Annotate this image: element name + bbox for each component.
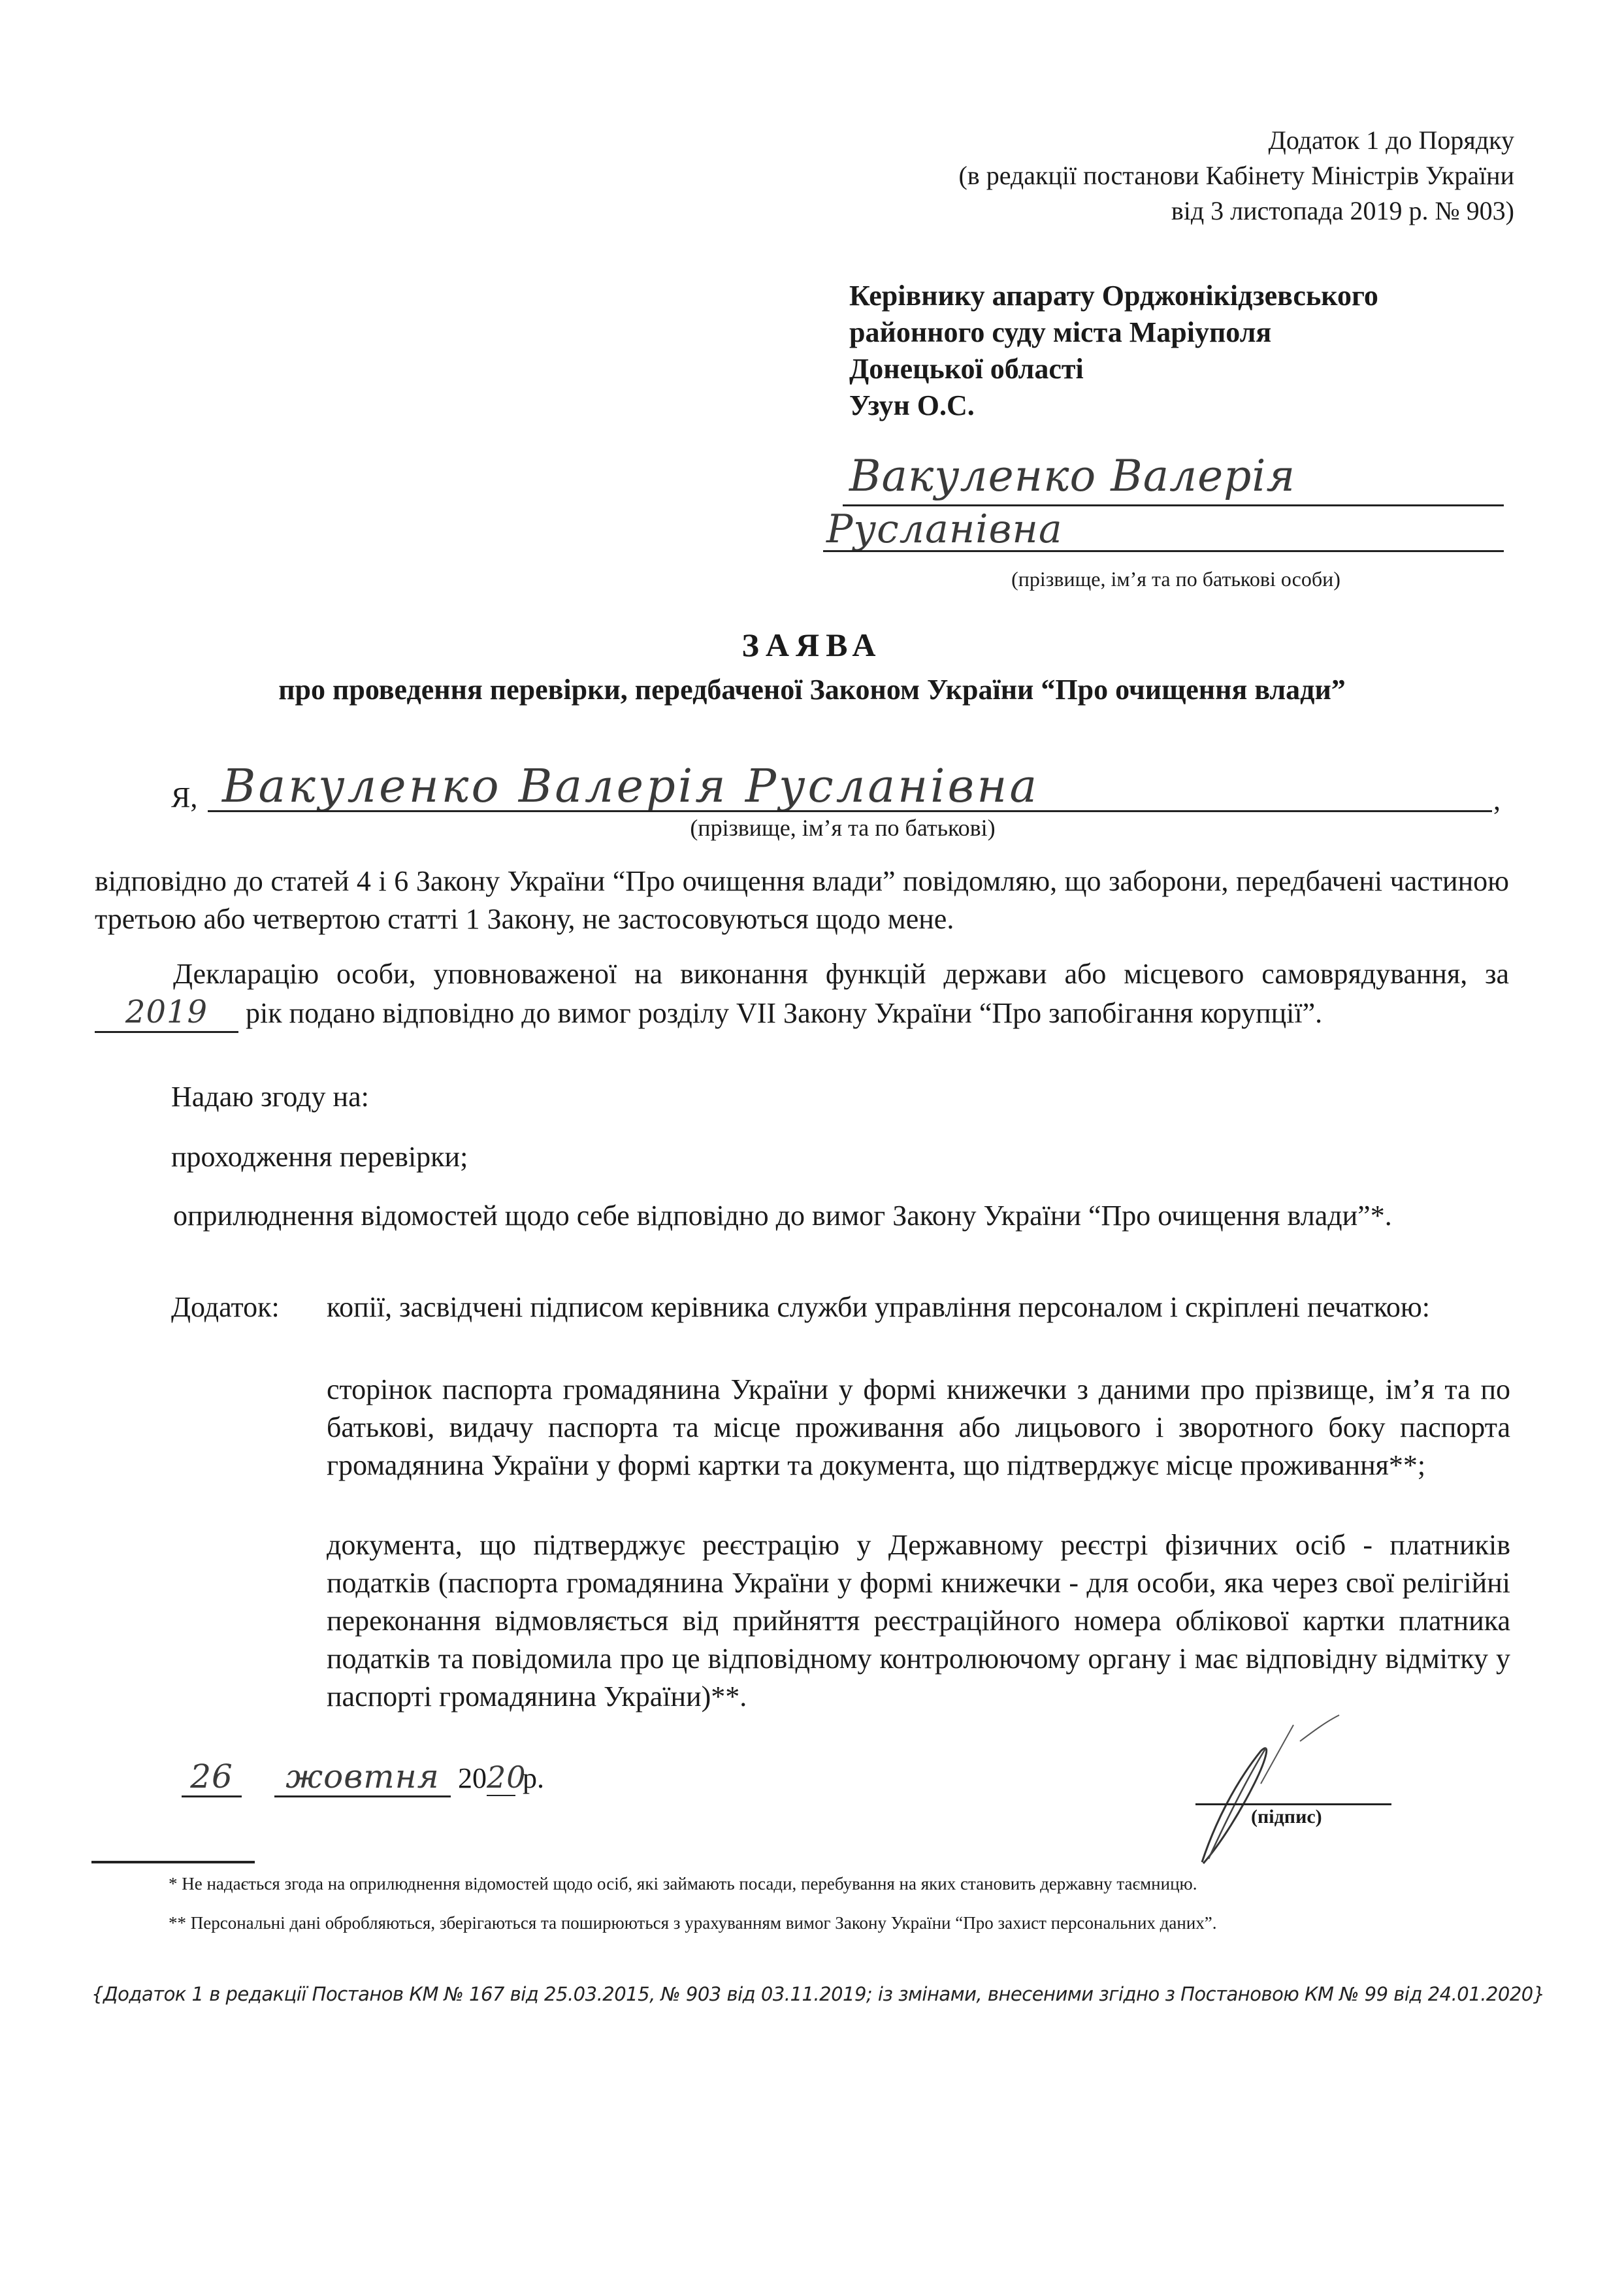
addressee-line-4: Узун О.С.	[849, 387, 1378, 424]
sender-name-line-2	[823, 550, 1504, 552]
declarant-name-handwritten: Вакуленко Валерія Русланівна	[222, 759, 1039, 813]
footnote-separator	[91, 1861, 255, 1863]
document-title: ЗАЯВА	[0, 626, 1624, 664]
addressee-line-3: Донецької області	[849, 351, 1378, 387]
annex-header: Додаток 1 до Порядку (в редакції постано…	[958, 123, 1514, 229]
declaration-text-after: рік подано відповідно до вимог розділу V…	[246, 997, 1322, 1029]
sender-name-handwritten-1: Вакуленко Валерія	[849, 451, 1295, 501]
paragraph-statement: відповідно до статей 4 і 6 Закону Україн…	[95, 862, 1509, 938]
declarant-prefix: Я,	[171, 779, 197, 817]
history-note: {Додаток 1 в редакції Постанов КМ № 167 …	[91, 1983, 1545, 2005]
date-year-suffix-handwritten: 20	[487, 1760, 515, 1796]
declarant-name-caption: (прізвище, ім’я та по батькові)	[660, 814, 1026, 842]
sender-name-caption: (прізвище, ім’я та по батькові особи)	[928, 567, 1424, 591]
addressee-line-1: Керівнику апарату Орджонікідзевського	[849, 278, 1378, 314]
date-block: 26 жовтня 2020 р.	[182, 1758, 544, 1797]
attachments-label: Додаток:	[171, 1288, 280, 1326]
paragraph-consent-intro: Надаю згоду на:	[171, 1078, 369, 1116]
signature-line	[1195, 1803, 1391, 1805]
annex-line-1: Додаток 1 до Порядку	[958, 123, 1514, 158]
attachments-intro: копії, засвідчені підписом керівника слу…	[327, 1288, 1510, 1326]
footnote-2: ** Персональні дані обробляються, зберіг…	[169, 1912, 1217, 1934]
annex-line-2: (в редакції постанови Кабінету Міністрів…	[958, 158, 1514, 193]
addressee-line-2: районного суду міста Маріуполя	[849, 314, 1378, 351]
addressee-block: Керівнику апарату Орджонікідзевського ра…	[849, 278, 1378, 424]
declaration-text-before: Декларацію особи, уповноваженої на викон…	[173, 958, 1509, 990]
paragraph-consent-publication: оприлюднення відомостей щодо себе відпов…	[95, 1197, 1509, 1235]
declarant-name-line	[208, 810, 1492, 812]
sender-name-handwritten-2: Русланівна	[826, 506, 1063, 552]
date-year-unit: р.	[523, 1762, 544, 1794]
attachment-item-tax-registration: документа, що підтверджує реєстрацію у Д…	[327, 1526, 1510, 1716]
date-year-prefix: 20	[458, 1762, 487, 1794]
document-subtitle: про проведення перевірки, передбаченої З…	[0, 673, 1624, 706]
footnote-1: * Не надається згода на оприлюднення від…	[169, 1873, 1197, 1895]
signature-scribble-icon	[1189, 1712, 1359, 1869]
date-month-handwritten: жовтня	[274, 1758, 451, 1797]
paragraph-consent-check: проходження перевірки;	[171, 1138, 468, 1176]
signature-caption: (підпис)	[1251, 1806, 1322, 1828]
declaration-year-handwritten: 2019	[95, 993, 238, 1033]
annex-line-3: від 3 листопада 2019 р. № 903)	[958, 193, 1514, 229]
declarant-suffix: ,	[1493, 781, 1501, 819]
paragraph-declaration: Декларацію особи, уповноваженої на викон…	[95, 955, 1509, 1033]
date-day-handwritten: 26	[182, 1758, 242, 1797]
attachment-item-passport: сторінок паспорта громадянина України у …	[327, 1371, 1510, 1484]
